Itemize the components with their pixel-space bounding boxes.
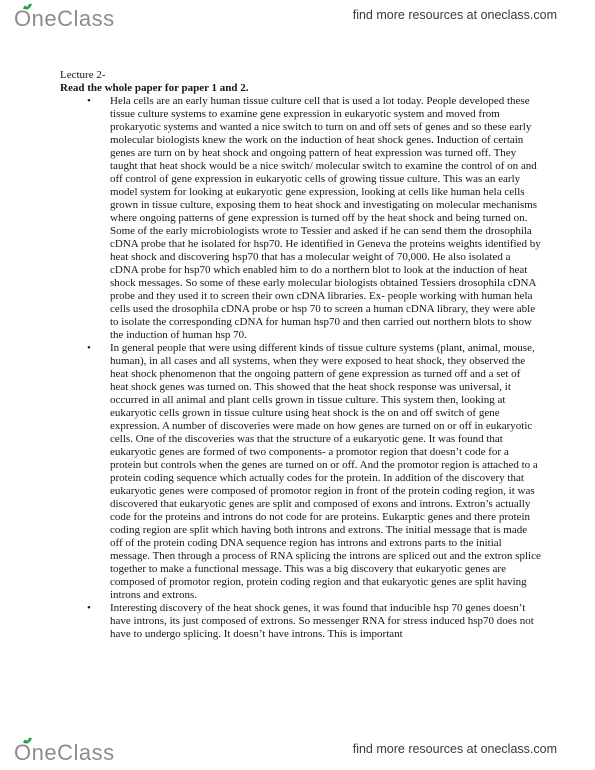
- lecture-title: Lecture 2-: [60, 69, 541, 82]
- oneclass-logo: OneClass: [14, 3, 115, 30]
- instruction-heading: Read the whole paper for paper 1 and 2.: [60, 82, 541, 95]
- bullet-item: Interesting discovery of the heat shock …: [60, 602, 541, 641]
- page-footer: OneClass find more resources at oneclass…: [0, 737, 595, 764]
- page-header: OneClass find more resources at oneclass…: [0, 3, 595, 30]
- lecture-notes: Lecture 2- Read the whole paper for pape…: [60, 69, 541, 641]
- document-page: OneClass find more resources at oneclass…: [0, 0, 595, 770]
- bullet-item: In general people that were using differ…: [60, 342, 541, 602]
- oneclass-logo: OneClass: [14, 737, 115, 764]
- leaf-icon: [22, 737, 33, 745]
- bullet-item: Hela cells are an early human tissue cul…: [60, 95, 541, 342]
- footer-tagline: find more resources at oneclass.com: [353, 742, 557, 756]
- leaf-icon: [22, 3, 33, 11]
- header-tagline: find more resources at oneclass.com: [353, 8, 557, 22]
- notes-list: Hela cells are an early human tissue cul…: [60, 95, 541, 641]
